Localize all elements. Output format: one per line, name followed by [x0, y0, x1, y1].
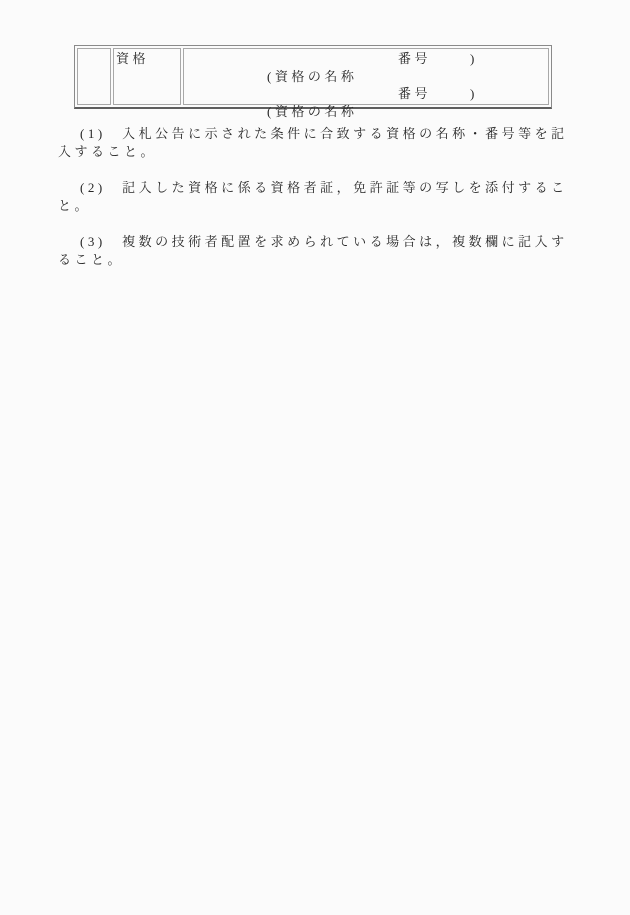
- note-paragraph-2: (2) 記入した資格に係る資格者証，免許証等の写しを添付するこ と。: [58, 179, 572, 215]
- note-paragraph-3: (3) 複数の技術者配置を求められている場合は，複数欄に記入す ること。: [58, 233, 572, 269]
- note-paragraph-1: (1) 入札公告に示された条件に合致する資格の名称・番号等を記 入すること。: [58, 125, 572, 161]
- note-line: (2) 記入した資格に係る資格者証，免許証等の写しを添付するこ: [58, 179, 572, 197]
- empty-index-cell: [77, 48, 111, 105]
- document-page: 資格 (資格の名称 番号 ) (資格の名称 番号 ): [0, 0, 630, 915]
- note-line: 入すること。: [58, 143, 572, 161]
- qualification-table-grid: 資格 (資格の名称 番号 ) (資格の名称 番号 ): [75, 46, 551, 107]
- qualification-row: 資格 (資格の名称 番号 ) (資格の名称 番号 ): [77, 48, 549, 105]
- qualification-entries-cell: (資格の名称 番号 ) (資格の名称 番号 ): [183, 48, 549, 105]
- note-line: (3) 複数の技術者配置を求められている場合は，複数欄に記入す: [58, 233, 572, 251]
- row-label: 資格: [116, 50, 178, 68]
- note-line: ること。: [58, 251, 572, 269]
- entry-name-prefix: (資格の名称: [267, 104, 357, 119]
- note-line: と。: [58, 197, 572, 215]
- entry-close-paren: ): [470, 85, 478, 103]
- entry-close-paren: ): [470, 50, 478, 68]
- note-line: (1) 入札公告に示された条件に合致する資格の名称・番号等を記: [58, 125, 572, 143]
- row-label-cell: 資格: [113, 48, 181, 105]
- entry-number-label: 番号: [398, 85, 431, 103]
- qualification-table: 資格 (資格の名称 番号 ) (資格の名称 番号 ): [74, 45, 552, 109]
- qualification-entry-line: (資格の名称 番号 ): [186, 50, 546, 68]
- entry-number-label: 番号: [398, 50, 431, 68]
- notes-section: (1) 入札公告に示された条件に合致する資格の名称・番号等を記 入すること。 (…: [58, 125, 572, 269]
- entry-name-prefix: (資格の名称: [267, 69, 357, 84]
- qualification-entry-line: (資格の名称 番号 ): [186, 85, 546, 103]
